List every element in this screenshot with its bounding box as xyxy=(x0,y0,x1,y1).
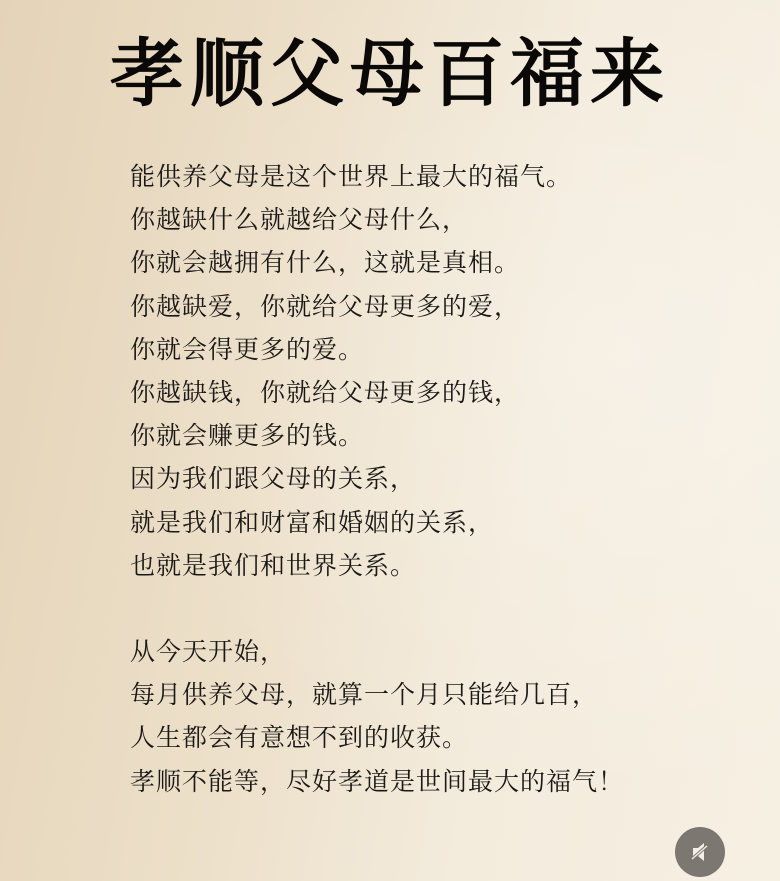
poem-line: 也就是我们和世界关系。 xyxy=(130,544,624,587)
poem-line: 你越缺什么就越给父母什么， xyxy=(130,198,624,241)
speaker-muted-icon xyxy=(687,839,713,865)
poem-line: 因为我们跟父母的关系， xyxy=(130,457,624,500)
page-title: 孝顺父母百福来 xyxy=(0,26,780,122)
poem-line: 人生都会有意想不到的收获。 xyxy=(130,716,624,759)
poem-line: 就是我们和财富和婚姻的关系， xyxy=(130,501,624,544)
poem-line: 你越缺钱，你就给父母更多的钱， xyxy=(130,371,624,414)
poem-line: 你就会得更多的爱。 xyxy=(130,328,624,371)
poem-line: 你就会赚更多的钱。 xyxy=(130,414,624,457)
poem-line: 你越缺爱，你就给父母更多的爱， xyxy=(130,285,624,328)
stanza-2: 从今天开始， 每月供养父母，就算一个月只能给几百， 人生都会有意想不到的收获。 … xyxy=(130,630,624,803)
poem-body: 能供养父母是这个世界上最大的福气。 你越缺什么就越给父母什么， 你就会越拥有什么… xyxy=(130,155,624,803)
poem-line: 每月供养父母，就算一个月只能给几百， xyxy=(130,673,624,716)
mute-toggle-button[interactable] xyxy=(675,827,725,877)
stanza-1: 能供养父母是这个世界上最大的福气。 你越缺什么就越给父母什么， 你就会越拥有什么… xyxy=(130,155,624,587)
poem-line: 从今天开始， xyxy=(130,630,624,673)
poem-line: 能供养父母是这个世界上最大的福气。 xyxy=(130,155,624,198)
poem-line: 你就会越拥有什么，这就是真相。 xyxy=(130,241,624,284)
poem-line: 孝顺不能等，尽好孝道是世间最大的福气！ xyxy=(130,760,624,803)
